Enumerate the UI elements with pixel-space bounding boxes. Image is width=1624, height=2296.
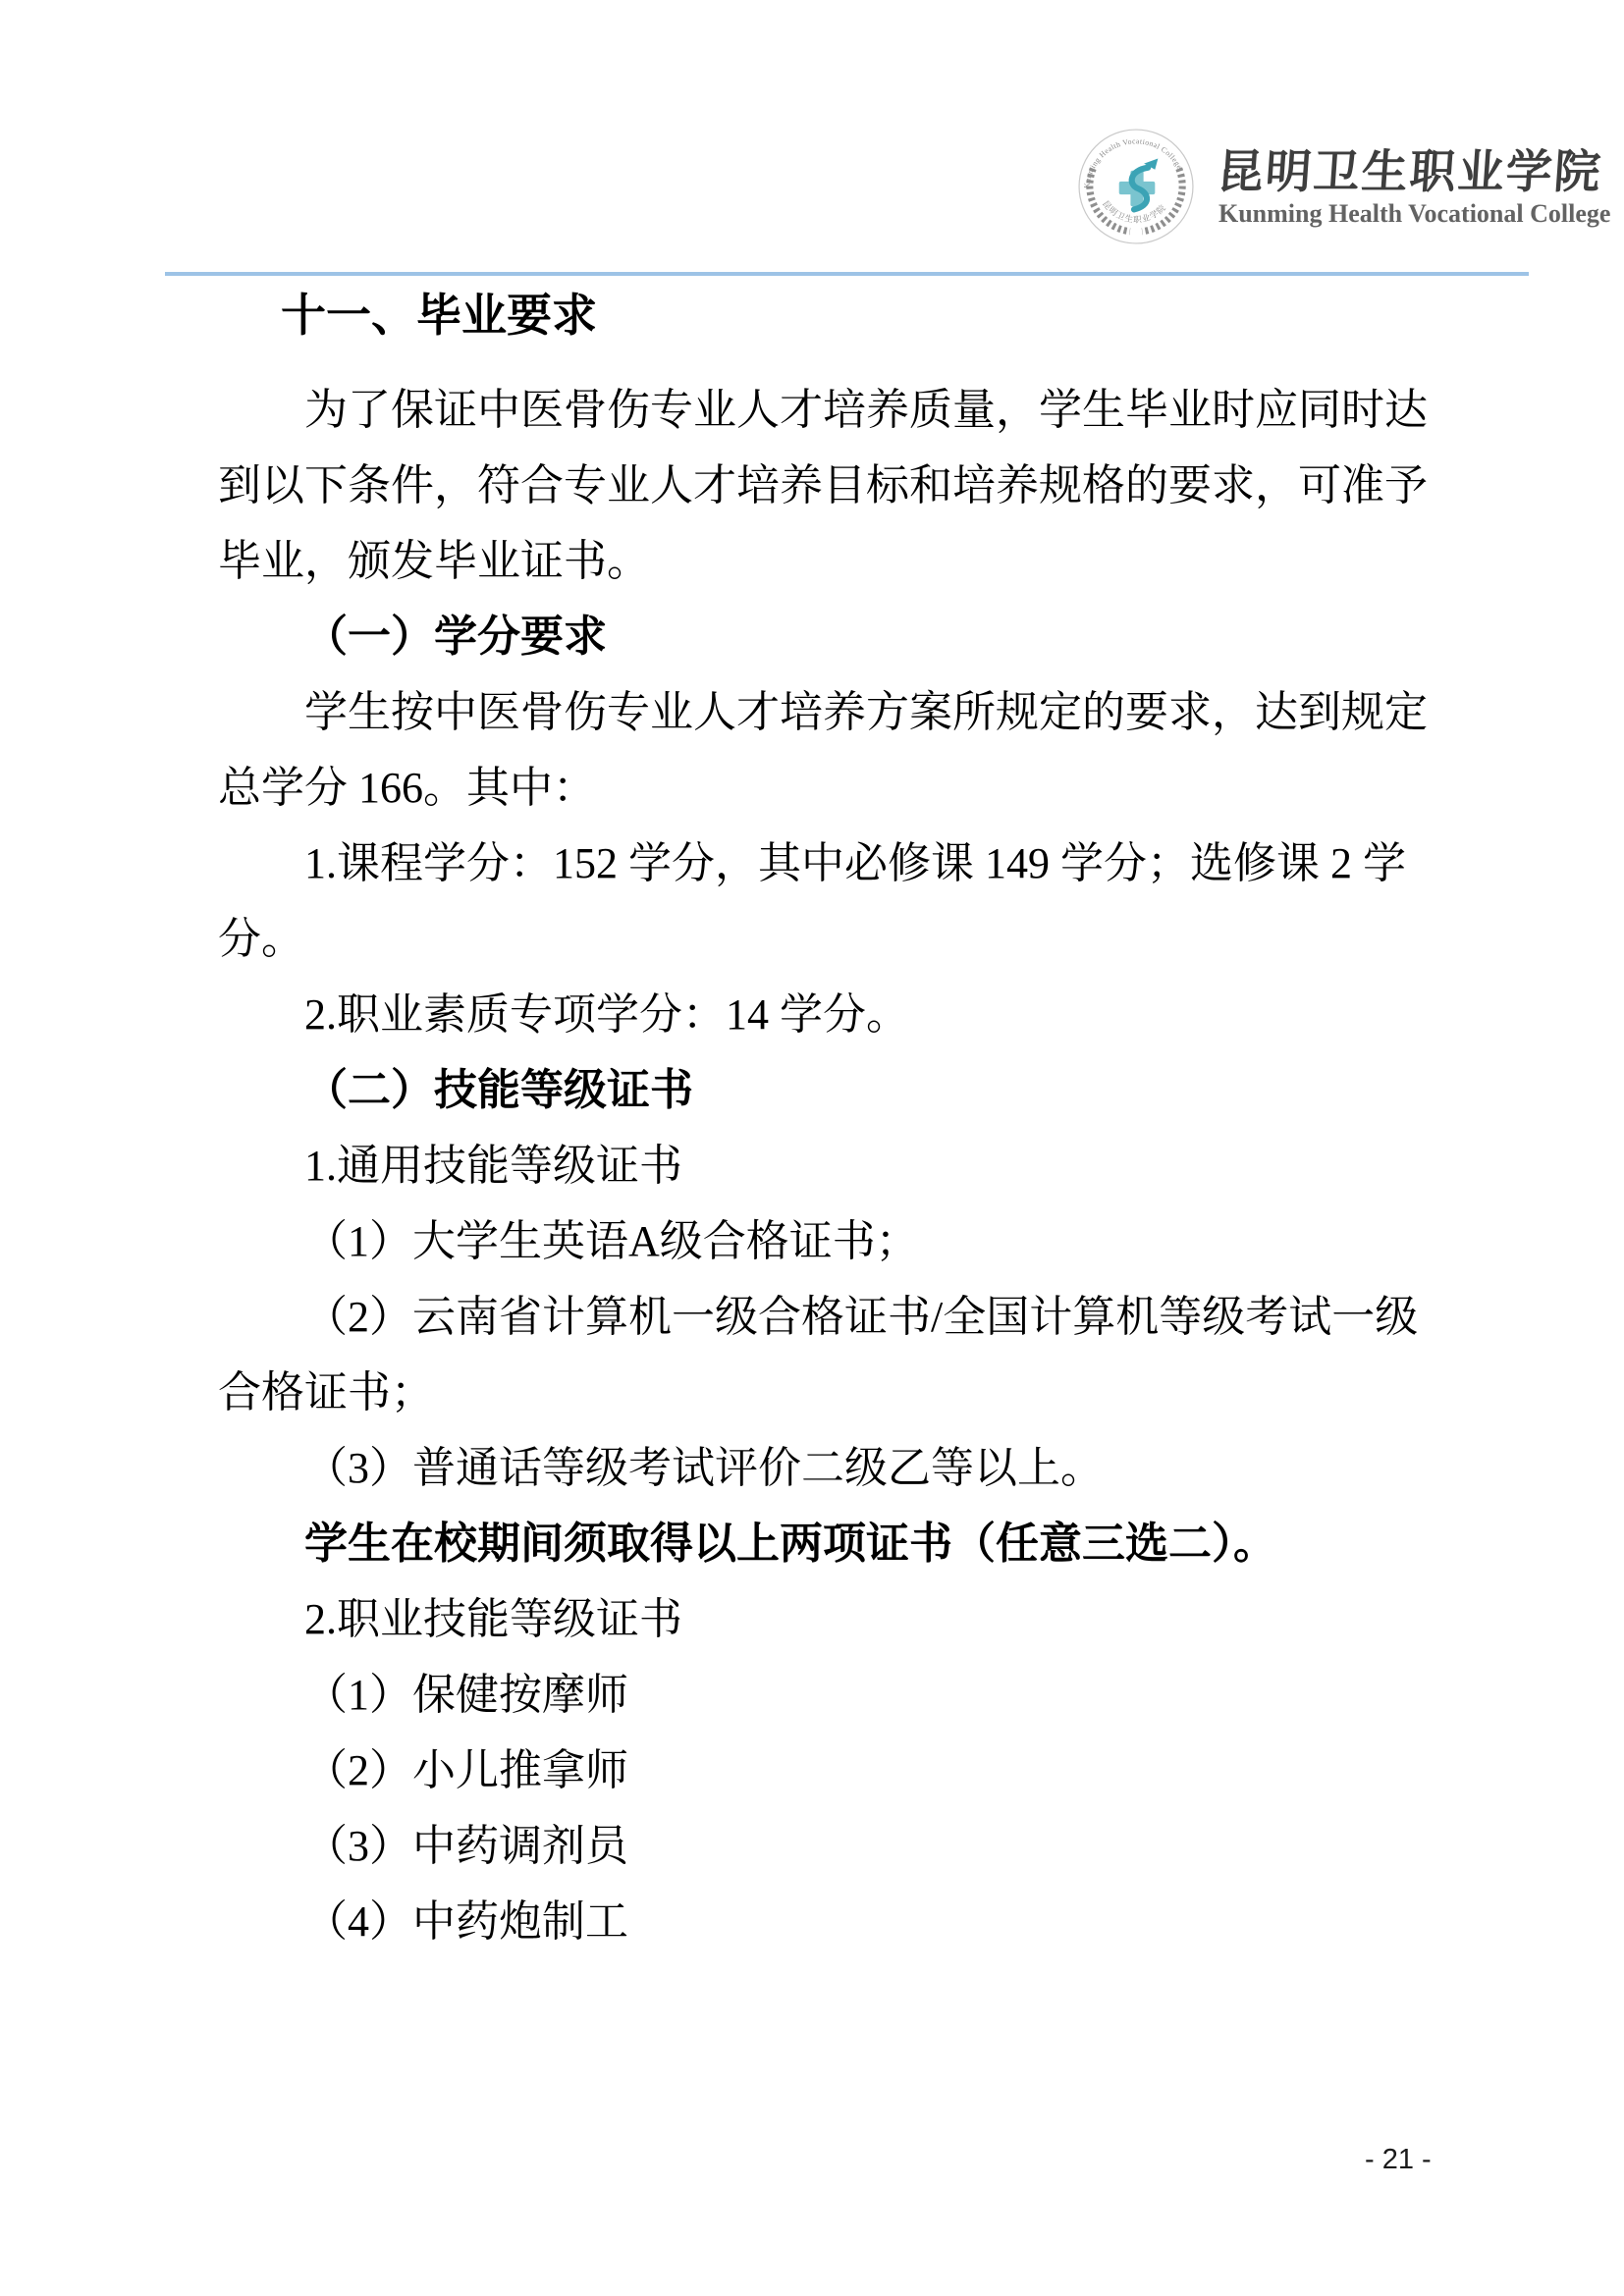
college-seal-icon: Kunming Health Vocational College 昆明卫生职业…	[1076, 127, 1196, 246]
list-item: （1）大学生英语A级合格证书；	[218, 1203, 1504, 1279]
text-line: 分。	[218, 901, 1504, 977]
text-line: 毕业，颁发毕业证书。	[218, 523, 1504, 599]
text-line: 为了保证中医骨伤专业人才培养质量，学生毕业时应同时达	[218, 372, 1504, 448]
text-line: 学生按中医骨伤专业人才培养方案所规定的要求，达到规定	[218, 674, 1504, 750]
section-title: 十一、毕业要求	[218, 285, 1504, 372]
sub-heading: （二）技能等级证书	[218, 1052, 1504, 1128]
header-divider-rule	[165, 272, 1529, 276]
list-item: （1）保健按摩师	[218, 1657, 1504, 1733]
college-name-english: Kunming Health Vocational College	[1218, 199, 1610, 229]
list-item: （2）小儿推拿师	[218, 1733, 1504, 1808]
text-line: 1.课程学分：152 学分，其中必修课 149 学分；选修课 2 学	[218, 826, 1504, 901]
page-number: - 21 -	[1365, 2144, 1432, 2176]
text-line: 到以下条件，符合专业人才培养目标和培养规格的要求，可准予	[218, 448, 1504, 523]
list-item: （4）中药炮制工	[218, 1884, 1504, 1959]
text-line: 2.职业素质专项学分：14 学分。	[218, 977, 1504, 1052]
list-item: （2）云南省计算机一级合格证书/全国计算机等级考试一级	[218, 1279, 1504, 1355]
emphasis-line: 学生在校期间须取得以上两项证书（任意三选二）。	[218, 1506, 1504, 1581]
college-seal-logo: Kunming Health Vocational College 昆明卫生职业…	[1076, 127, 1196, 246]
sub-heading: （一）学分要求	[218, 599, 1504, 674]
text-line: 1.通用技能等级证书	[218, 1128, 1504, 1203]
text-line: 2.职业技能等级证书	[218, 1581, 1504, 1657]
text-line: 总学分 166。其中：	[218, 750, 1504, 826]
list-item: （3）普通话等级考试评价二级乙等以上。	[218, 1430, 1504, 1506]
college-name-calligraphy: 昆明卫生职业学院	[1216, 135, 1605, 201]
list-item: （3）中药调剂员	[218, 1808, 1504, 1884]
document-body: 十一、毕业要求 为了保证中医骨伤专业人才培养质量，学生毕业时应同时达 到以下条件…	[218, 285, 1504, 1959]
document-page: Kunming Health Vocational College 昆明卫生职业…	[0, 0, 1624, 2296]
text-line: 合格证书；	[218, 1355, 1504, 1430]
